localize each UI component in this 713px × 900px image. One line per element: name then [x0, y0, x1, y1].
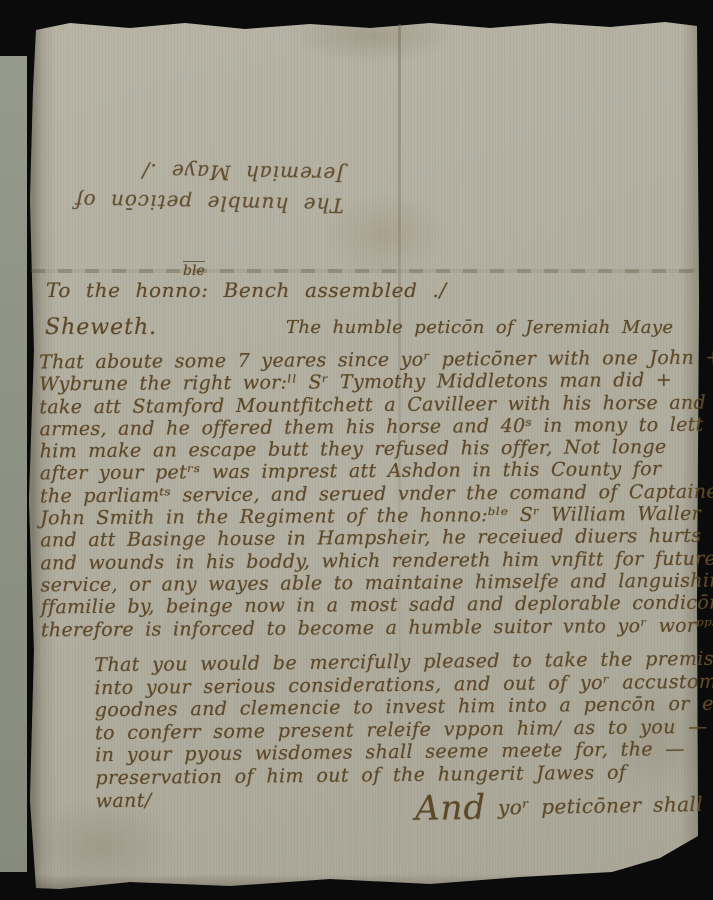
closing-flourish: And: [415, 788, 487, 829]
sheweth-label: Sheweth.: [45, 315, 157, 340]
petition-body: That aboute some 7 yeares since yoʳ peti…: [39, 347, 709, 642]
horizontal-fold-line: [31, 269, 697, 273]
petition-prayer: That you would be mercifully pleased to …: [94, 648, 706, 813]
petition-closing: And yoʳ peticōner shall euer pray &c: [415, 789, 713, 821]
body-line: therefore is inforced to become a humble…: [41, 614, 709, 641]
petition-title: The humble peticōn of Jeremiah Maye: [286, 317, 673, 338]
heading-part2: Bench assembled ./: [224, 278, 447, 302]
mount-strip: [0, 56, 27, 872]
document-scan: The humble peticōn of Jeremiah Maye ./ T…: [0, 0, 713, 900]
endorsement-line-1: The humble peticōn of: [37, 184, 343, 220]
petition-heading: To the honno: Bench assembled ./: [46, 278, 447, 302]
heading-part1: To the honno:: [46, 278, 209, 302]
endorsement-note: The humble peticōn of Jeremiah Maye ./: [37, 153, 344, 220]
heading-superscript: ble: [183, 261, 205, 279]
